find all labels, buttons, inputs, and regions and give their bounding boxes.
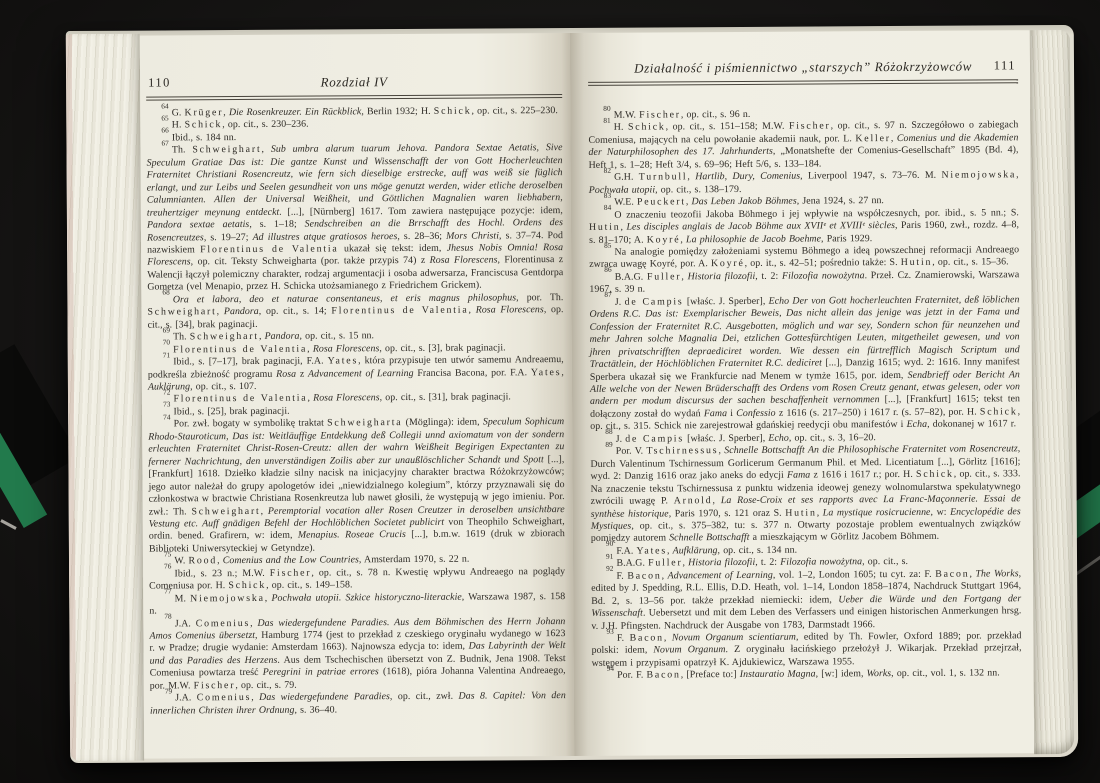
footnote-78: 78J.A. Comenius, Das wiedergefundene Par… <box>149 616 565 693</box>
footnote-84: 84O znaczeniu teozofii Jakoba Böhmego i … <box>589 207 1019 247</box>
footnotes-column-left: 64G. Krüger, Die Rosenkreuzer. Ein Rückb… <box>146 105 566 718</box>
section-title: Działalność i piśmiennictwo „starszych” … <box>588 58 1018 77</box>
footnote-number: 86 <box>604 265 611 274</box>
page-number-right: 111 <box>994 58 1016 73</box>
footnote-89: 89Por. V. Tschirnessus, Schnelle Bottsch… <box>590 443 1021 545</box>
footnote-94: 94Por. F. Bacon, [Preface to:] Instaurat… <box>592 668 1022 683</box>
footnote-number: 80 <box>603 103 610 112</box>
footnote-number: 75 <box>164 549 171 558</box>
footnote-71: 71Ibid., s. [7–17], brak paginacji, F.A.… <box>148 354 564 394</box>
page-edges-right <box>1030 30 1074 754</box>
open-book: 110 Rozdział IV 64G. Krüger, Die Rosenkr… <box>66 25 1078 763</box>
footnote-72: 72Florentinus de Valentia, Rosa Floresce… <box>148 391 564 406</box>
footnote-81: 81H. Schick, op. cit., s. 151–158; M.W. … <box>588 120 1018 172</box>
footnote-number: 92 <box>606 564 613 573</box>
page-number-left: 110 <box>148 75 171 90</box>
footnote-92: 92F. Bacon, Advancement of Learning, vol… <box>591 568 1021 633</box>
chapter-title: Rozdział IV <box>146 73 562 92</box>
footnote-number: 89 <box>605 440 612 449</box>
book-page-right: Działalność i piśmiennictwo „starszych” … <box>570 30 1034 756</box>
footnote-number: 90 <box>606 539 613 548</box>
page-edges-left <box>66 34 144 761</box>
left-page-header: 110 Rozdział IV <box>146 73 562 93</box>
footnote-number: 78 <box>164 612 171 621</box>
footnote-number: 85 <box>604 240 611 249</box>
footnote-number: 82 <box>604 166 611 175</box>
footnote-87: 87J. de Campis [właśc. J. Sperber], Echo… <box>589 294 1020 434</box>
footnote-68: 68Ora et labora, deo et naturae consenta… <box>147 292 563 332</box>
scratch-mark-left <box>0 519 16 530</box>
footnote-76: 76Ibid., s. 23 n.; M.W. Fischer, op. cit… <box>149 566 565 593</box>
footnote-number: 72 <box>163 387 170 396</box>
footnote-number: 64 <box>161 101 168 110</box>
footnote-77: 77M. Niemojowska, Pochwała utopii. Szkic… <box>149 591 565 618</box>
footnote-number: 71 <box>163 350 170 359</box>
footnote-number: 73 <box>163 400 170 409</box>
footnote-number: 79 <box>165 686 172 695</box>
book-page-left: 110 Rozdział IV 64G. Krüger, Die Rosenkr… <box>140 33 574 759</box>
footnote-67: 67Th. Schweighart, Sub umbra alarum tuar… <box>146 142 563 294</box>
footnote-82: 82G.H. Turnbull, Hartlib, Dury, Comenius… <box>589 170 1019 198</box>
footnote-93: 93F. Bacon, Novum Organum scientiarum, e… <box>591 630 1021 670</box>
footnote-number: 67 <box>161 138 168 147</box>
footnote-number: 66 <box>161 126 168 135</box>
footnote-number: 76 <box>164 562 171 571</box>
footnote-number: 94 <box>607 664 614 673</box>
photo-background: 110 Rozdział IV 64G. Krüger, Die Rosenkr… <box>0 0 1100 783</box>
footnote-number: 87 <box>604 290 611 299</box>
footnote-number: 65 <box>161 113 168 122</box>
right-page-header: Działalność i piśmiennictwo „starszych” … <box>588 58 1018 78</box>
footnote-number: 70 <box>163 338 170 347</box>
footnote-number: 69 <box>163 325 170 334</box>
footnote-number: 83 <box>604 190 611 199</box>
footnote-85: 85Na analogie pomiędzy założeniami syste… <box>589 244 1019 272</box>
footnote-number: 88 <box>605 427 612 436</box>
footnote-number: 77 <box>164 587 171 596</box>
footnote-86: 86B.A.G. Fuller, Historia filozofii, t. … <box>589 269 1019 297</box>
header-rule-right <box>588 79 1018 86</box>
footnote-number: 81 <box>603 116 610 125</box>
footnotes-column-right: 80M.W. Fischer, op. cit., s. 96 n.81H. S… <box>588 107 1021 682</box>
footnote-number: 74 <box>163 412 170 421</box>
header-rule-left <box>146 94 562 101</box>
footnote-number: 68 <box>162 288 169 297</box>
footnote-number: 93 <box>606 626 613 635</box>
footnote-number: 91 <box>606 552 613 561</box>
footnote-74: 74Por. zwł. bogaty w symbolikę traktat S… <box>148 416 565 556</box>
footnote-number: 84 <box>604 203 611 212</box>
footnote-79: 79J.A. Comenius, Das wiedergefundene Par… <box>150 690 566 717</box>
